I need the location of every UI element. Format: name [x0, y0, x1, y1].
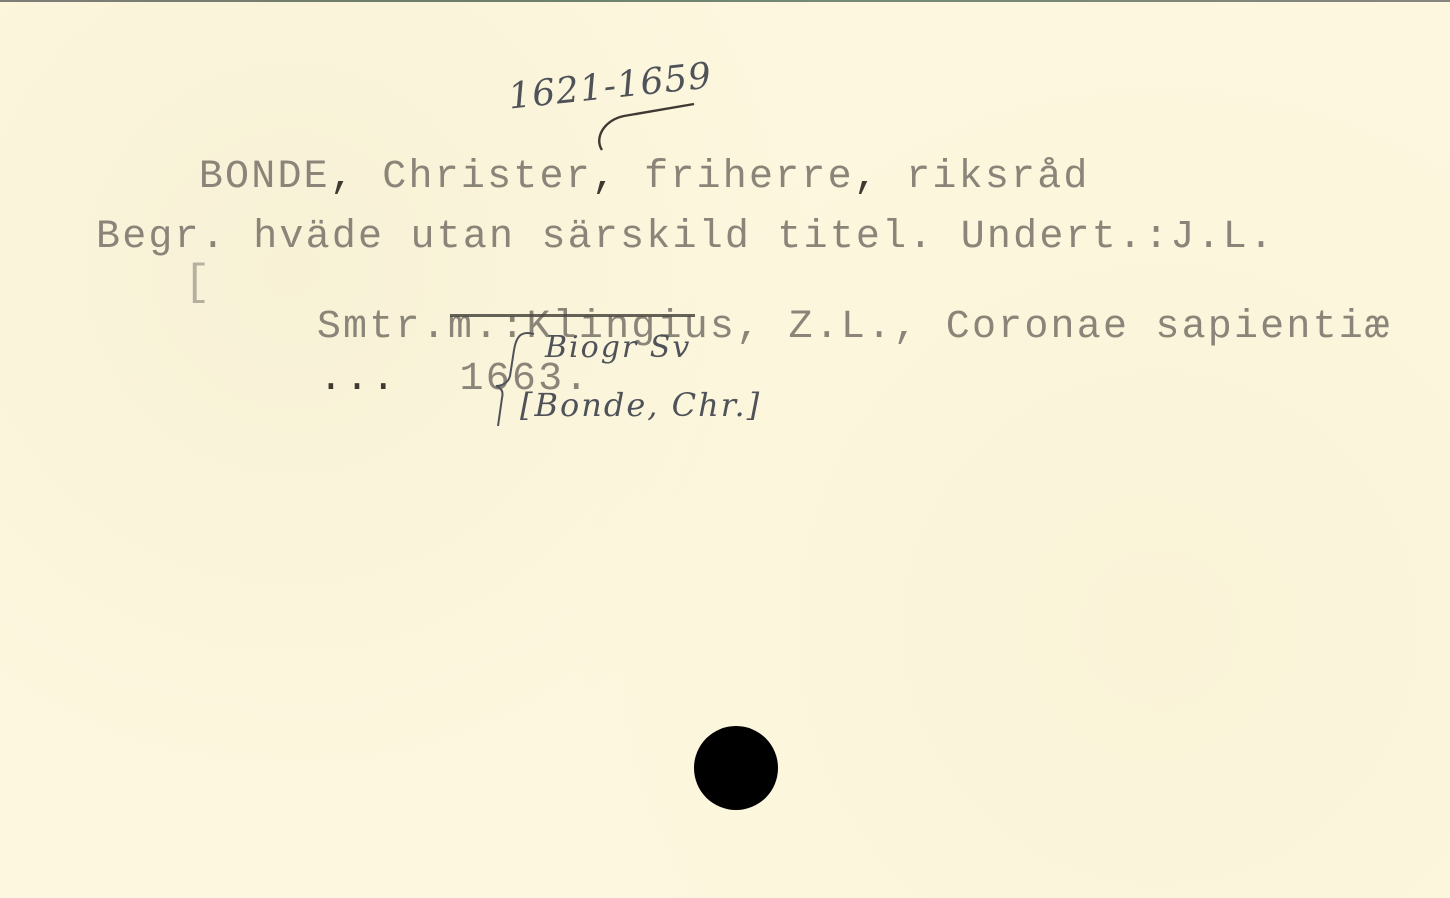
- open-bracket: [: [184, 258, 210, 308]
- heading-comma: ,: [330, 155, 356, 200]
- heading-comma: ,: [592, 155, 618, 200]
- heading-surname: BONDE: [199, 155, 330, 200]
- body-ellipsis: ...: [319, 357, 398, 402]
- handwritten-note-bonde: [Bonde, Chr.]: [520, 386, 761, 424]
- body-line-1: Begr. hväde utan särskild titel. Undert.…: [96, 218, 1275, 258]
- heading-comma: ,: [854, 155, 880, 200]
- heading-forename: Christer: [356, 155, 592, 200]
- handwritten-note-biogr: Biogr Sv: [545, 330, 691, 365]
- body-title-rest: , Z.L., Coronae sapientiæ: [736, 305, 1391, 350]
- heading-title-riksrad: riksråd: [880, 155, 1090, 200]
- heading-title-friherre: friherre: [644, 155, 854, 200]
- punch-hole: [694, 726, 778, 810]
- card-top-edge: [0, 0, 1450, 2]
- catalog-card: 1621-1659 BONDE, Christer,friherre, riks…: [0, 0, 1450, 898]
- klingius-underline: [450, 314, 695, 317]
